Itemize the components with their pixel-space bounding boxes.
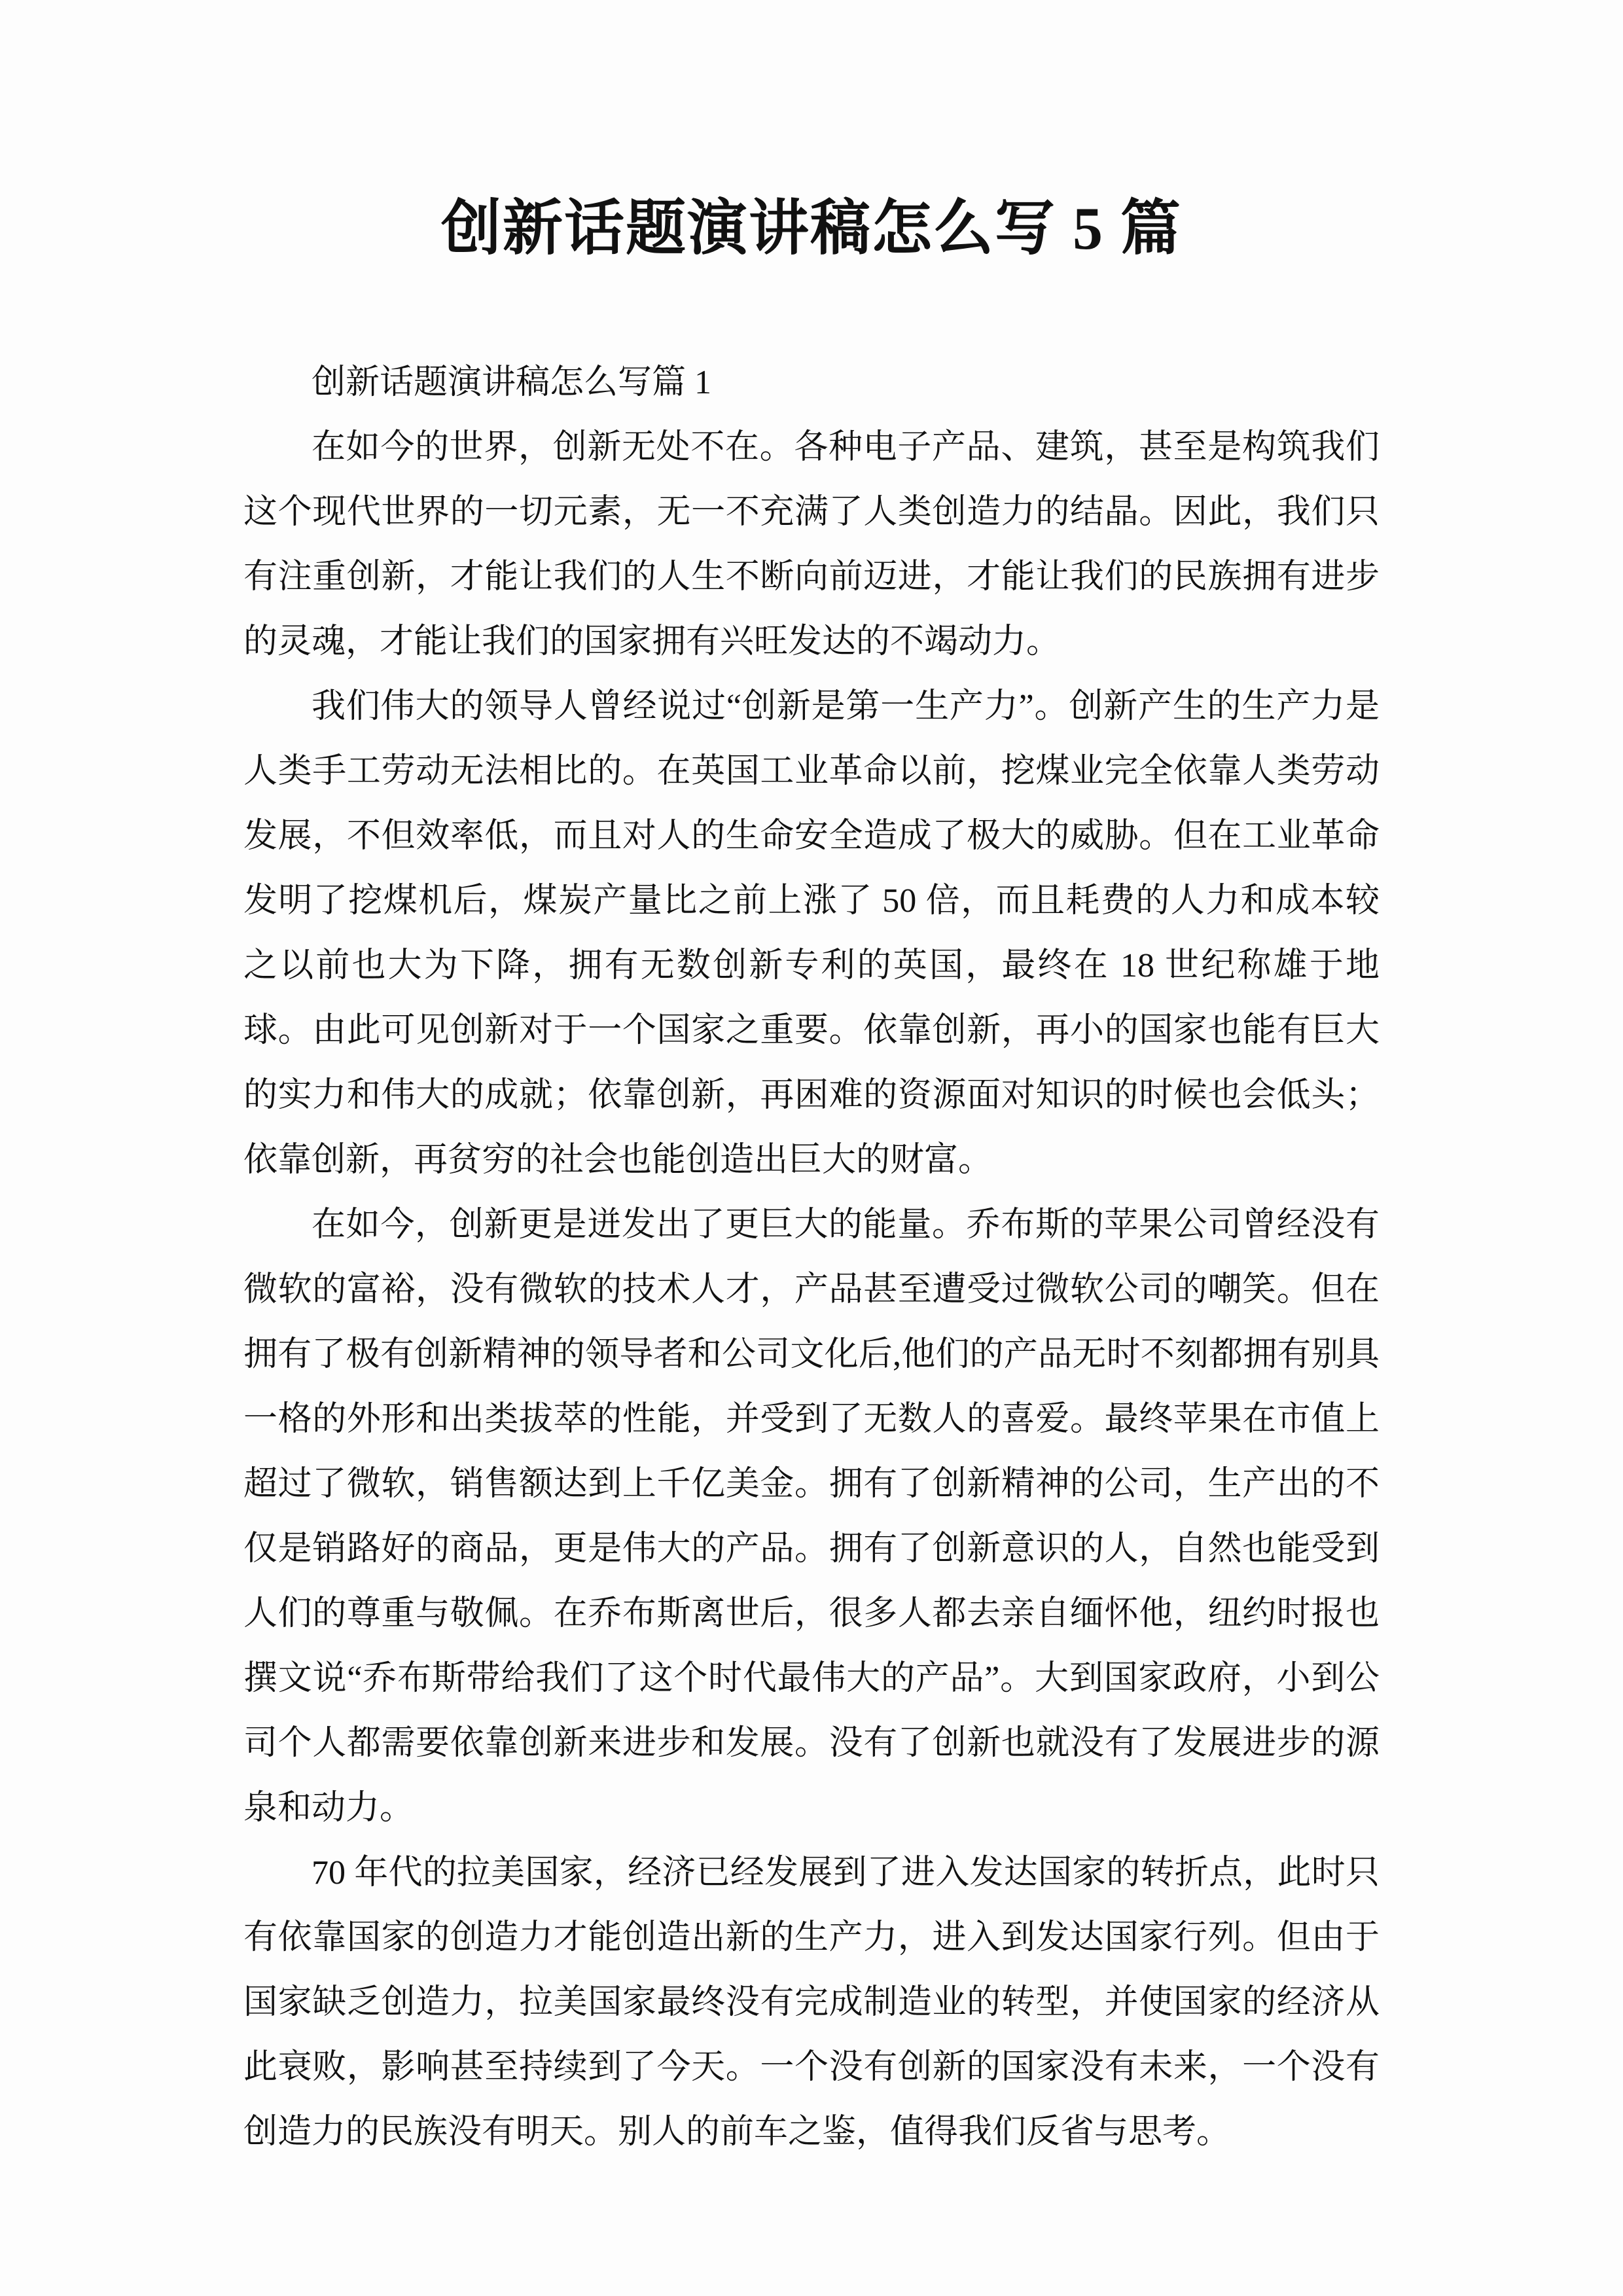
paragraph: 在如今，创新更是迸发出了更巨大的能量。乔布斯的苹果公司曾经没有微软的富裕，没有微… [243,1193,1380,1840]
document-title: 创新话题演讲稿怎么写 5 篇 [243,191,1380,266]
paragraph: 在如今的世界，创新无处不在。各种电子产品、建筑，甚至是构筑我们这个现代世界的一切… [243,415,1380,674]
document-page: 创新话题演讲稿怎么写 5 篇 创新话题演讲稿怎么写篇 1 在如今的世界，创新无处… [0,0,1623,2296]
paragraph: 我们伟大的领导人曾经说过“创新是第一生产力”。创新产生的生产力是人类手工劳动无法… [243,674,1380,1193]
document-body: 创新话题演讲稿怎么写篇 1 在如今的世界，创新无处不在。各种电子产品、建筑，甚至… [243,350,1380,2164]
paragraph: 70 年代的拉美国家，经济已经发展到了进入发达国家的转折点，此时只有依靠国家的创… [243,1840,1380,2164]
section-heading: 创新话题演讲稿怎么写篇 1 [243,350,1380,415]
